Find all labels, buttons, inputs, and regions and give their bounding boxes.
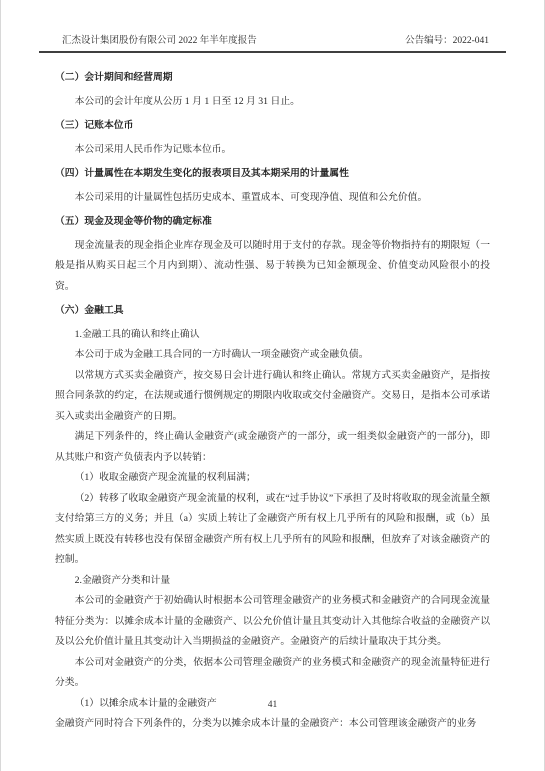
paragraph: 以常规方式买卖金融资产，按交易日会计进行确认和终止确认。常规方式买卖金融资产，是… — [55, 366, 490, 428]
announcement-number: 公告编号：2022-041 — [405, 35, 489, 47]
paragraph: 1.金融工具的确认和终止确认 — [55, 325, 490, 346]
paragraph: 本公司对金融资产的分类，依据本公司管理金融资产的业务模式和金融资产的现金流量特征… — [55, 653, 490, 694]
paragraph: 满足下列条件的，终止确认金融资产(或金融资产的一部分，或一组类似金融资产的一部分… — [55, 427, 490, 468]
section-heading: （五）现金及现金等价物的确定标准 — [55, 212, 490, 233]
page-header: 汇杰设计集团股份有限公司 2022 年半年度报告 公告编号：2022-041 — [39, 0, 506, 53]
paragraph: 本公司于成为金融工具合同的一方时确认一项金融资产或金融负债。 — [55, 345, 490, 366]
section-heading: （四）计量属性在本期发生变化的报表项目及其本期采用的计量属性 — [55, 164, 490, 185]
page-number: 41 — [1, 700, 544, 710]
report-title: 汇杰设计集团股份有限公司 2022 年半年度报告 — [62, 35, 257, 47]
paragraph: 本公司的金融资产于初始确认时根据本公司管理金融资产的业务模式和金融资产的合同现金… — [55, 591, 490, 653]
paragraph: 2.金融资产分类和计量 — [55, 571, 490, 592]
paragraph: 本公司采用的计量属性包括历史成本、重置成本、可变现净值、现值和公允价值。 — [55, 188, 490, 209]
section-heading: （二）会计期间和经营周期 — [55, 68, 490, 89]
section-heading: （六）金融工具 — [55, 301, 490, 322]
section-heading: （三）记账本位币 — [55, 116, 490, 137]
document-page: 汇杰设计集团股份有限公司 2022 年半年度报告 公告编号：2022-041 （… — [0, 0, 545, 771]
paragraph: 金融资产同时符合下列条件的，分类为以摊余成本计量的金融资产：本公司管理该金融资产… — [55, 714, 490, 735]
paragraph: 现金流量表的现金指企业库存现金及可以随时用于支付的存款。现金等价物指持有的期限短… — [55, 236, 490, 298]
paragraph: 本公司的会计年度从公历 1 月 1 日至 12 月 31 日止。 — [55, 92, 490, 113]
document-body: （二）会计期间和经营周期本公司的会计年度从公历 1 月 1 日至 12 月 31… — [55, 53, 490, 735]
paragraph: 本公司采用人民币作为记账本位币。 — [55, 140, 490, 161]
paragraph: （1）收取金融资产现金流量的权利届满； — [55, 468, 490, 489]
paragraph: （2）转移了收取金融资产现金流量的权利，或在“过手协议”下承担了及时将收取的现金… — [55, 489, 490, 571]
